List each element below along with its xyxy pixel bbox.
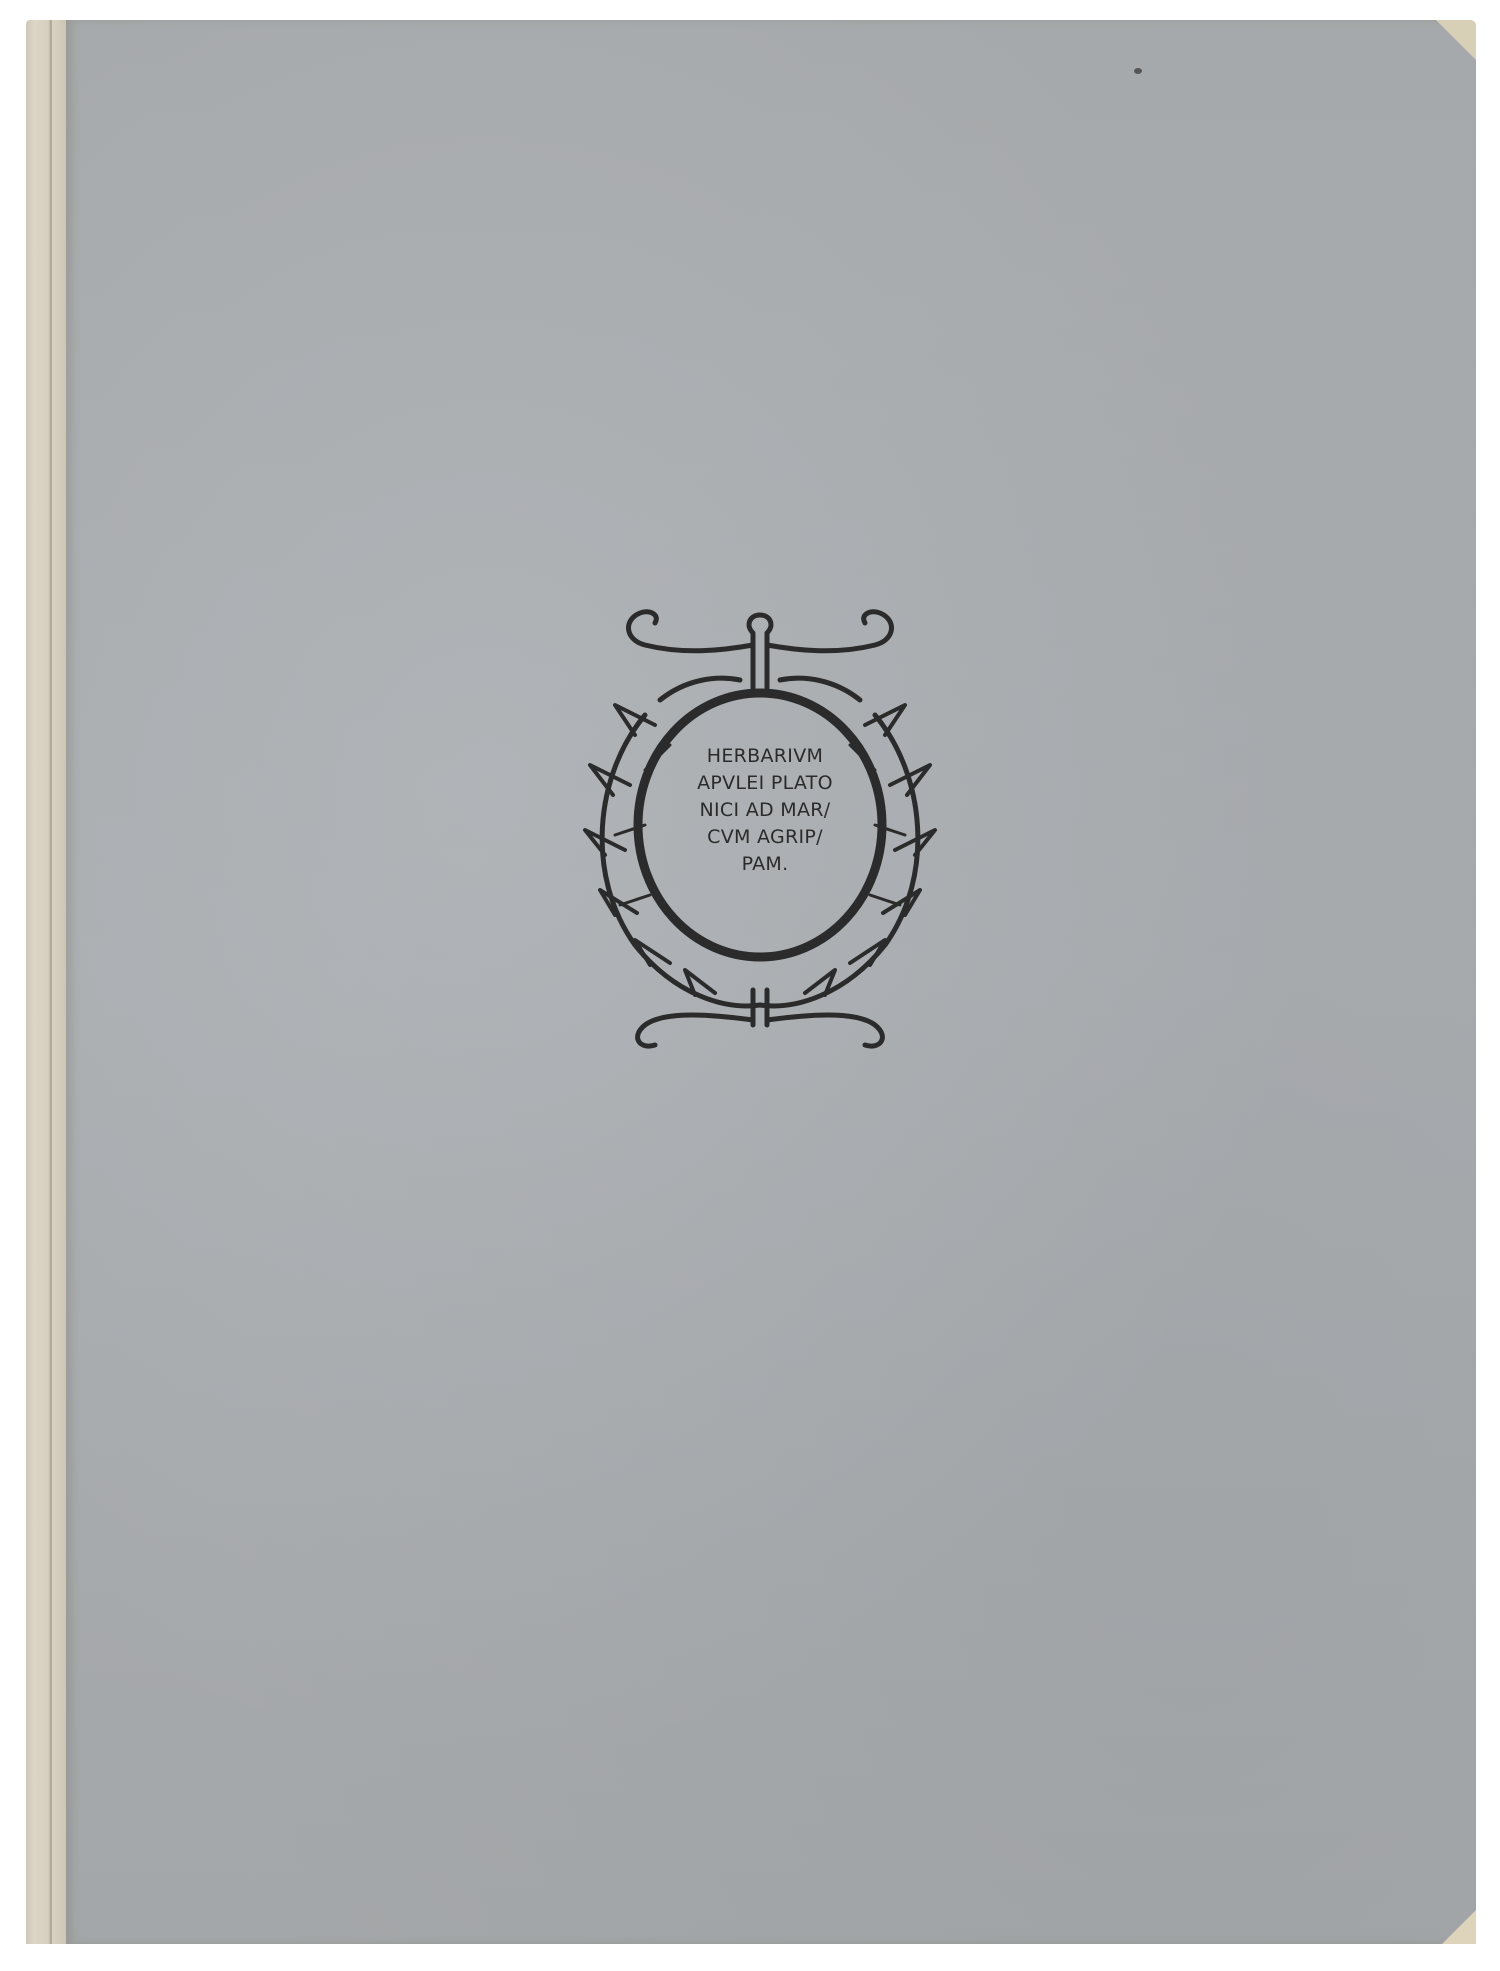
- worn-corner-bottom-right: [1442, 1910, 1476, 1944]
- title-line-5: PAM.: [670, 851, 860, 878]
- spine-crease: [50, 20, 52, 1944]
- book-spine: [26, 20, 66, 1944]
- title-line-4: CVM AGRIP/: [670, 824, 860, 851]
- title-line-2: APVLEI PLATO: [670, 770, 860, 797]
- title-line-1: HERBARIVM: [670, 743, 860, 770]
- ink-speck: [1134, 68, 1142, 74]
- worn-corner-top-right: [1436, 20, 1476, 60]
- title-line-3: NICI AD MAR/: [670, 797, 860, 824]
- cover-title: HERBARIVM APVLEI PLATO NICI AD MAR/ CVM …: [670, 743, 860, 878]
- wreath-device: HERBARIVM APVLEI PLATO NICI AD MAR/ CVM …: [575, 595, 945, 1055]
